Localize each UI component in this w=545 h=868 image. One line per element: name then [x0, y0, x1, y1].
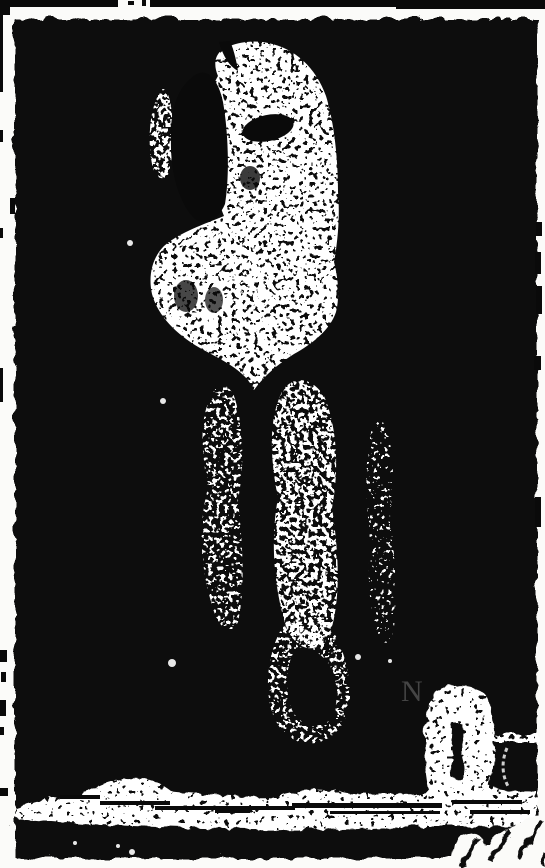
- feather-shadow-1: [240, 166, 260, 190]
- feather-shadow-3: [205, 287, 223, 313]
- stand-rail: [492, 733, 537, 741]
- photo-canvas: N: [0, 0, 545, 868]
- parrot-body-right: [272, 380, 338, 648]
- watermark-letter: N: [401, 675, 424, 708]
- newspaper-photo: N: [0, 0, 545, 868]
- feather-shadow-2: [174, 280, 198, 312]
